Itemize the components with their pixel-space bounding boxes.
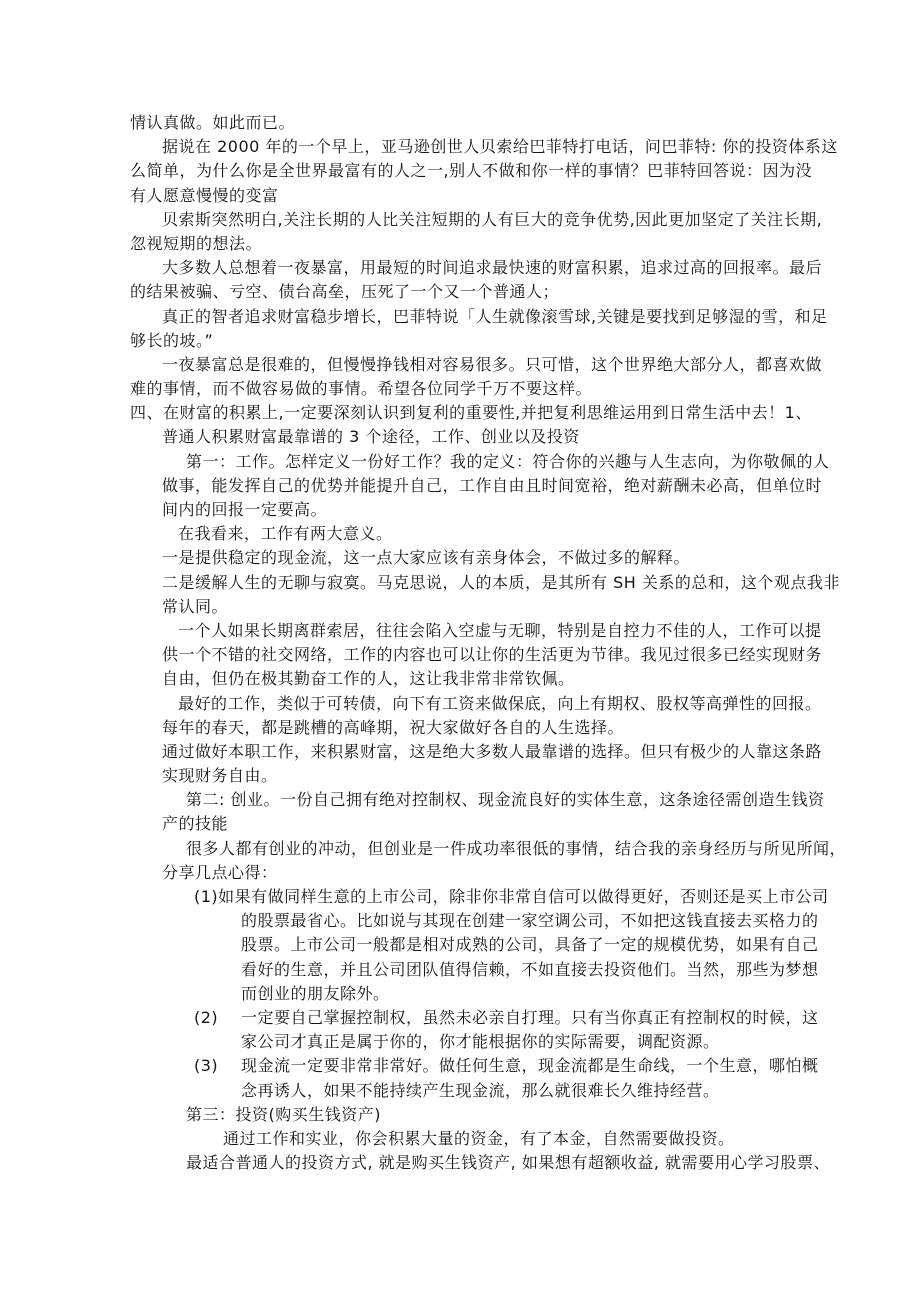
list-item-line: 而创业的朋友除外。 (241, 982, 794, 1006)
document-page: 情认真做。如此而已。 据说在 2000 年的一个早上，亚马逊创世人贝索给巴菲特打… (0, 0, 920, 1301)
text-line: 间内的回报一定要高。 (162, 498, 794, 522)
text-line: 通过做好本职工作，来积累财富，这是绝大多数人最靠谱的选择。但只有极少的人靠这条路 (162, 740, 794, 764)
text-line: 二是缓解人生的无聊与寂寞。马克思说，人的本质，是其所有 SH 关系的总和，这个观… (162, 571, 794, 595)
text-line: 难的事情，而不做容易做的事情。希望各位同学千万不要这样。 (130, 377, 794, 401)
text-line: 够长的坡。” (130, 329, 794, 353)
text-line: 分享几点心得： (162, 861, 794, 885)
list-item-text: 一定要自己掌握控制权，虽然未必亲自打理。只有当你真正有控制权的时候，这 (241, 1008, 819, 1027)
list-item-number: (3) (194, 1054, 241, 1078)
text-line: 一夜暴富总是很难的，但慢慢挣钱相对容易很多。只可惜，这个世界绝大部分人，都喜欢做 (162, 353, 794, 377)
text-block: 情认真做。如此而已。 据说在 2000 年的一个早上，亚马逊创世人贝索给巴菲特打… (130, 111, 794, 1175)
text-line: 第三：投资(购买生钱资产) (186, 1103, 794, 1127)
text-line: 通过工作和实业，你会积累大量的资金，有了本金，自然需要做投资。 (223, 1127, 794, 1151)
text-line: 自由，但仍在极其勤奋工作的人，这让我非常非常钦佩。 (162, 667, 794, 691)
text-line: 么简单，为什么你是全世界最富有的人之一,别人不做和你一样的事情？巴菲特回答说：因… (130, 159, 794, 183)
text-line: 有人愿意慢慢的变富 (130, 184, 794, 208)
list-item-line: 家公司才真正是属于你的，你才能根据你的实际需要，调配资源。 (241, 1030, 794, 1054)
list-item-line: 看好的生意，并且公司团队值得信赖，不如直接去投资他们。当然，那些为梦想 (241, 958, 794, 982)
text-line: 一是提供稳定的现金流，这一点大家应该有亲身体会，不做过多的解释。 (162, 546, 794, 570)
list-item-line: (1)如果有做同样生意的上市公司，除非你非常自信可以做得更好，否则还是买上市公司 (194, 885, 794, 909)
text-line: 据说在 2000 年的一个早上，亚马逊创世人贝索给巴菲特打电话，问巴菲特: 你的… (162, 135, 794, 159)
text-line: 产的技能 (162, 812, 794, 836)
text-line: 大多数人总想着一夜暴富，用最短的时间追求最快速的财富积累，追求过高的回报率。最后 (162, 256, 794, 280)
text-line: 忽视短期的想法。 (130, 232, 794, 256)
list-item-text: 现金流一定要非常非常好。做任何生意，现金流都是生命线，一个生意，哪怕概 (241, 1056, 819, 1075)
text-line: 很多人都有创业的冲动，但创业是一件成功率很低的事情，结合我的亲身经历与所见所闻， (186, 837, 794, 861)
text-line: 最适合普通人的投资方式, 就是购买生钱资产, 如果想有超额收益, 就需要用心学习… (186, 1151, 794, 1175)
text-line: 常认同。 (162, 595, 794, 619)
text-line: 的结果被骗、亏空、债台高垒，压死了一个又一个普通人； (130, 280, 794, 304)
list-item-line: 股票。上市公司一般都是相对成熟的公司，具备了一定的规模优势，如果有自己 (241, 933, 794, 957)
text-line: 实现财务自由。 (162, 764, 794, 788)
text-line: 第一：工作。怎样定义一份好工作？我的定义：符合你的兴趣与人生志向，为你敬佩的人 (186, 450, 794, 474)
list-item-line: (2)一定要自己掌握控制权，虽然未必亲自打理。只有当你真正有控制权的时候，这 (194, 1006, 794, 1030)
text-line: 最好的工作，类似于可转债，向下有工资来做保底，向上有期权、股权等高弹性的回报。 (178, 692, 794, 716)
list-item-line: 的股票最省心。比如说与其现在创建一家空调公司，不如把这钱直接去买格力的 (241, 909, 794, 933)
text-line: 第二: 创业。一份自己拥有绝对控制权、现金流良好的实体生意，这条途径需创造生钱资 (186, 788, 794, 812)
text-line: 在我看来，工作有两大意义。 (178, 522, 794, 546)
list-item-line: (3)现金流一定要非常非常好。做任何生意，现金流都是生命线，一个生意，哪怕概 (194, 1054, 794, 1078)
list-item-line: 念再诱人，如果不能持续产生现金流，那么就很难长久维持经营。 (241, 1079, 794, 1103)
list-item-number: (2) (194, 1006, 241, 1030)
section-heading-line: 四、在财富的积累上,一定要深刻认识到复利的重要性,并把复利思维运用到日常生活中去… (130, 401, 794, 425)
text-line: 贝索斯突然明白,关注长期的人比关注短期的人有巨大的竞争优势,因此更加坚定了关注长… (162, 208, 794, 232)
text-line: 供一个不错的社交网络，工作的内容也可以让你的生活更为节律。我见过很多已经实现财务 (162, 643, 794, 667)
text-line: 每年的春天，都是跳槽的高峰期，祝大家做好各自的人生选择。 (162, 716, 794, 740)
text-line: 真正的智者追求财富稳步增长，巴菲特说「人生就像滚雪球,关键是要找到足够湿的雪，和… (162, 305, 794, 329)
text-line: 一个人如果长期离群索居，往往会陷入空虚与无聊，特别是自控力不佳的人，工作可以提 (178, 619, 794, 643)
text-line: 做事，能发挥自己的优势并能提升自己，工作自由且时间宽裕，绝对薪酬未必高，但单位时 (162, 474, 794, 498)
section-heading-line: 普通人积累财富最靠谱的 3 个途径，工作、创业以及投资 (162, 425, 794, 449)
text-line: 情认真做。如此而已。 (130, 111, 794, 135)
